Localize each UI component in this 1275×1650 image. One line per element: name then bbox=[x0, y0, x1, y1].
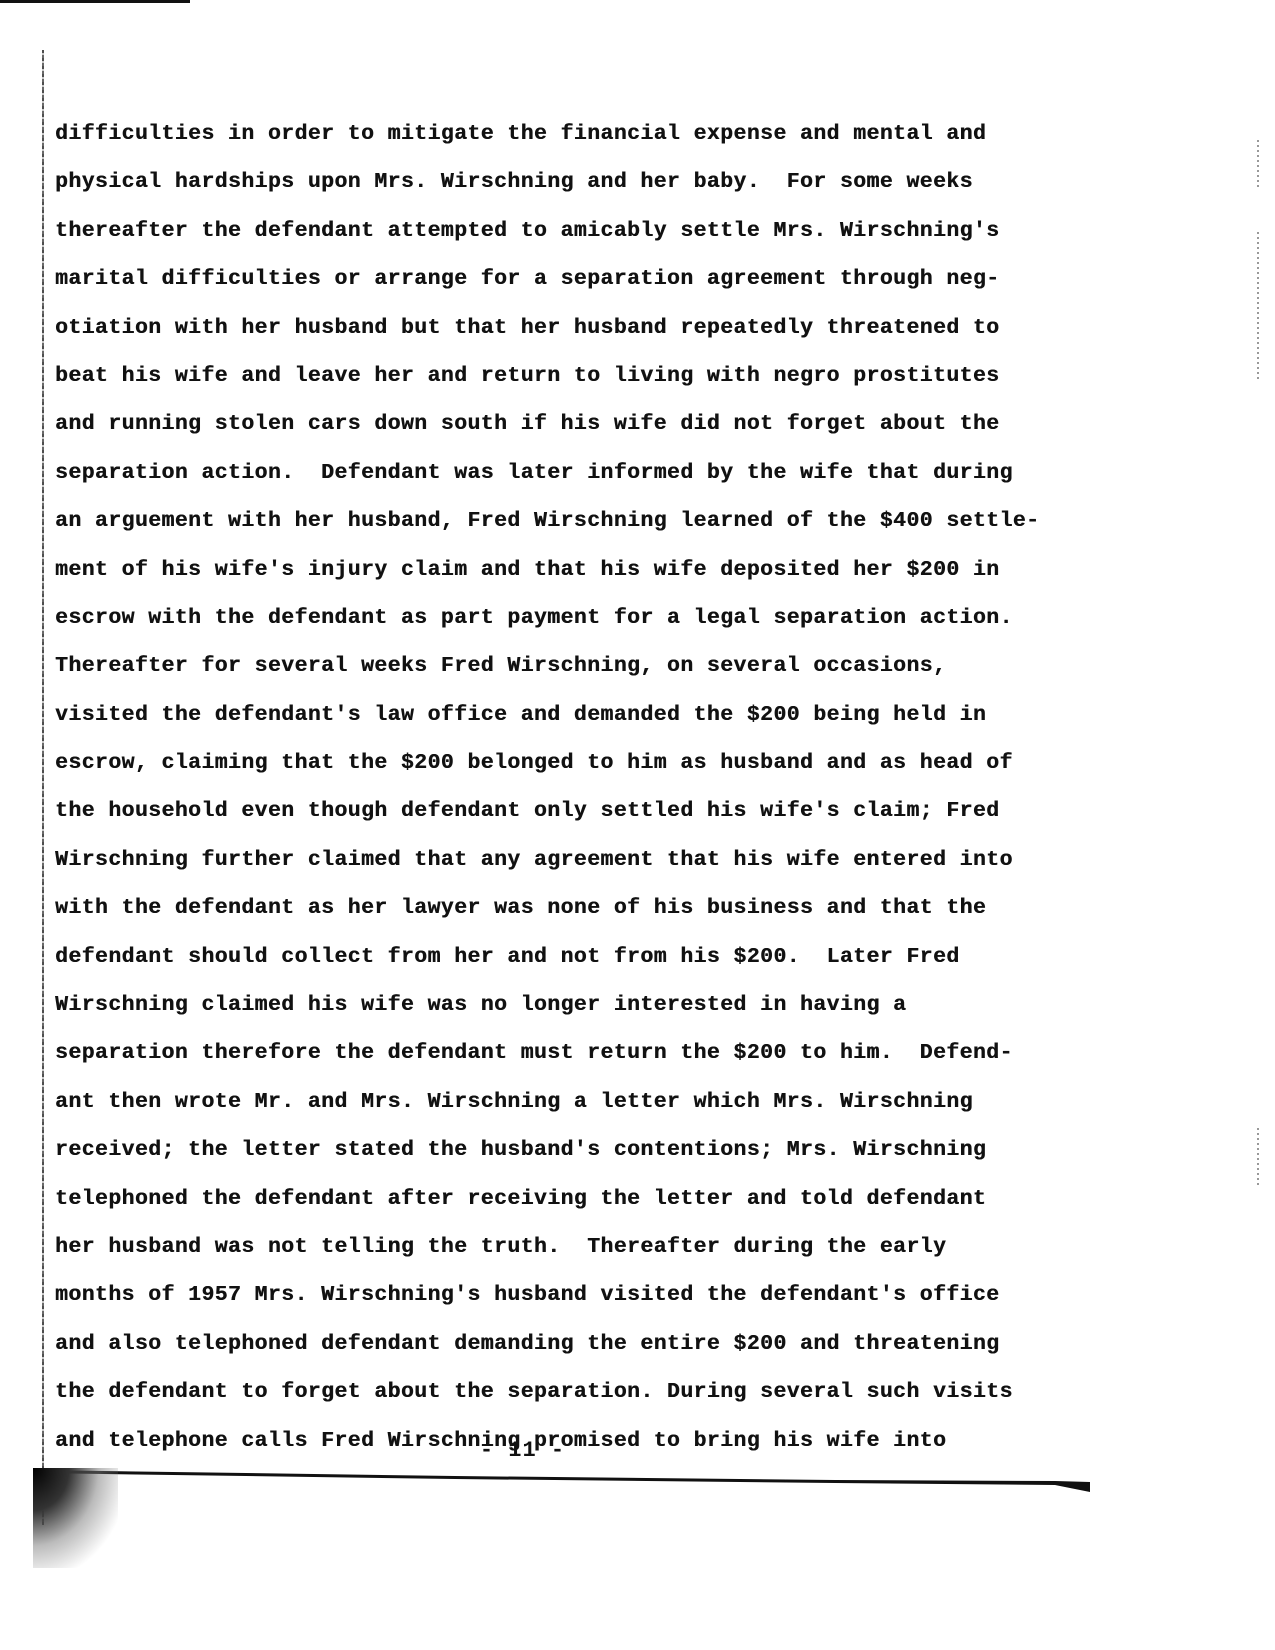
text-line: telephoned the defendant after receiving… bbox=[55, 1175, 1115, 1223]
text-line: the household even though defendant only… bbox=[55, 787, 1115, 835]
text-line: ant then wrote Mr. and Mrs. Wirschning a… bbox=[55, 1078, 1115, 1126]
text-line: escrow, claiming that the $200 belonged … bbox=[55, 739, 1115, 787]
scan-top-edge bbox=[0, 0, 190, 3]
text-line: ment of his wife's injury claim and that… bbox=[55, 546, 1115, 594]
text-line: received; the letter stated the husband'… bbox=[55, 1126, 1115, 1174]
text-line: thereafter the defendant attempted to am… bbox=[55, 207, 1115, 255]
scan-speckle bbox=[1257, 140, 1259, 188]
scan-left-edge bbox=[42, 50, 44, 1525]
text-line: otiation with her husband but that her h… bbox=[55, 304, 1115, 352]
scan-corner-shadow bbox=[33, 1468, 118, 1568]
text-line: separation therefore the defendant must … bbox=[55, 1029, 1115, 1077]
text-line: and also telephoned defendant demanding … bbox=[55, 1320, 1115, 1368]
text-line: visited the defendant's law office and d… bbox=[55, 691, 1115, 739]
text-line: difficulties in order to mitigate the fi… bbox=[55, 110, 1115, 158]
text-line: beat his wife and leave her and return t… bbox=[55, 352, 1115, 400]
text-line: months of 1957 Mrs. Wirschning's husband… bbox=[55, 1271, 1115, 1319]
text-line: with the defendant as her lawyer was non… bbox=[55, 884, 1115, 932]
scan-speckle bbox=[1257, 232, 1259, 382]
text-line: marital difficulties or arrange for a se… bbox=[55, 255, 1115, 303]
body-text: difficulties in order to mitigate the fi… bbox=[55, 110, 1115, 1465]
text-line: and running stolen cars down south if hi… bbox=[55, 400, 1115, 448]
scan-speckle bbox=[1257, 1128, 1259, 1188]
text-line: her husband was not telling the truth. T… bbox=[55, 1223, 1115, 1271]
text-line: escrow with the defendant as part paymen… bbox=[55, 594, 1115, 642]
text-line: Wirschning claimed his wife was no longe… bbox=[55, 981, 1115, 1029]
text-line: physical hardships upon Mrs. Wirschning … bbox=[55, 158, 1115, 206]
page-number: - 11 - bbox=[0, 1438, 1045, 1463]
text-line: Wirschning further claimed that any agre… bbox=[55, 836, 1115, 884]
text-line: separation action. Defendant was later i… bbox=[55, 449, 1115, 497]
text-line: Thereafter for several weeks Fred Wirsch… bbox=[55, 642, 1115, 690]
text-line: defendant should collect from her and no… bbox=[55, 933, 1115, 981]
scan-bottom-edge bbox=[35, 1470, 1090, 1492]
text-line: an arguement with her husband, Fred Wirs… bbox=[55, 497, 1115, 545]
text-line: the defendant to forget about the separa… bbox=[55, 1368, 1115, 1416]
